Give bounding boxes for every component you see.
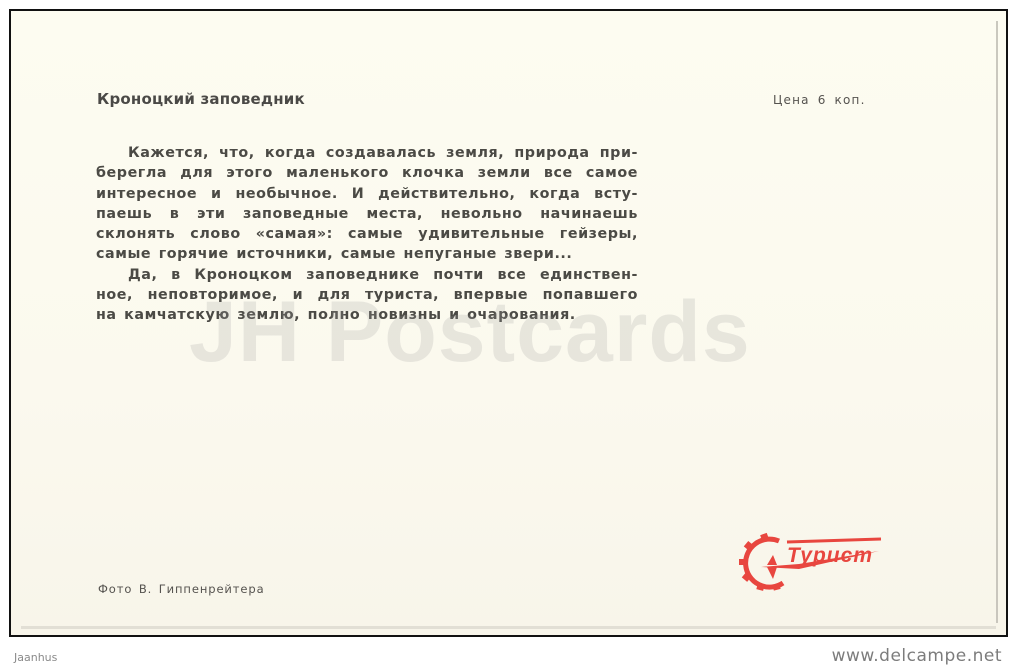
- photo-credit: Фото В. Гиппенрейтера: [98, 582, 265, 596]
- logo-text: Турист: [787, 544, 873, 567]
- description-line: на камчатскую землю, полно новизны и оча…: [96, 305, 638, 325]
- price-label: Цена 6 коп.: [773, 93, 866, 107]
- description-line: склонять слово «самая»: самые удивительн…: [96, 224, 638, 244]
- description-text: Кажется, что, когда создавалась земля, п…: [96, 143, 638, 326]
- description-line: паешь в эти заповедные места, невольно н…: [96, 204, 638, 224]
- description-line: Да, в Кроноцком заповеднике почти все ед…: [96, 265, 638, 285]
- description-line: интересное и необычное. И действительно,…: [96, 184, 638, 204]
- description-line: ное, неповторимое, и для туриста, впервы…: [96, 285, 638, 305]
- description-line: берегла для этого маленького клочка земл…: [96, 163, 638, 183]
- gear-star-logo-icon: Турист: [739, 531, 884, 593]
- site-url: www.delcampe.net: [832, 646, 1002, 666]
- postcard-title: Кроноцкий заповедник: [97, 90, 305, 108]
- description-line: самые горячие источники, самые непуганые…: [96, 244, 638, 264]
- postcard-back: Кроноцкий заповедник Цена 6 коп. Кажется…: [9, 9, 1008, 637]
- description-line: Кажется, что, когда создавалась земля, п…: [96, 143, 638, 163]
- seller-name: Jaanhus: [14, 651, 57, 664]
